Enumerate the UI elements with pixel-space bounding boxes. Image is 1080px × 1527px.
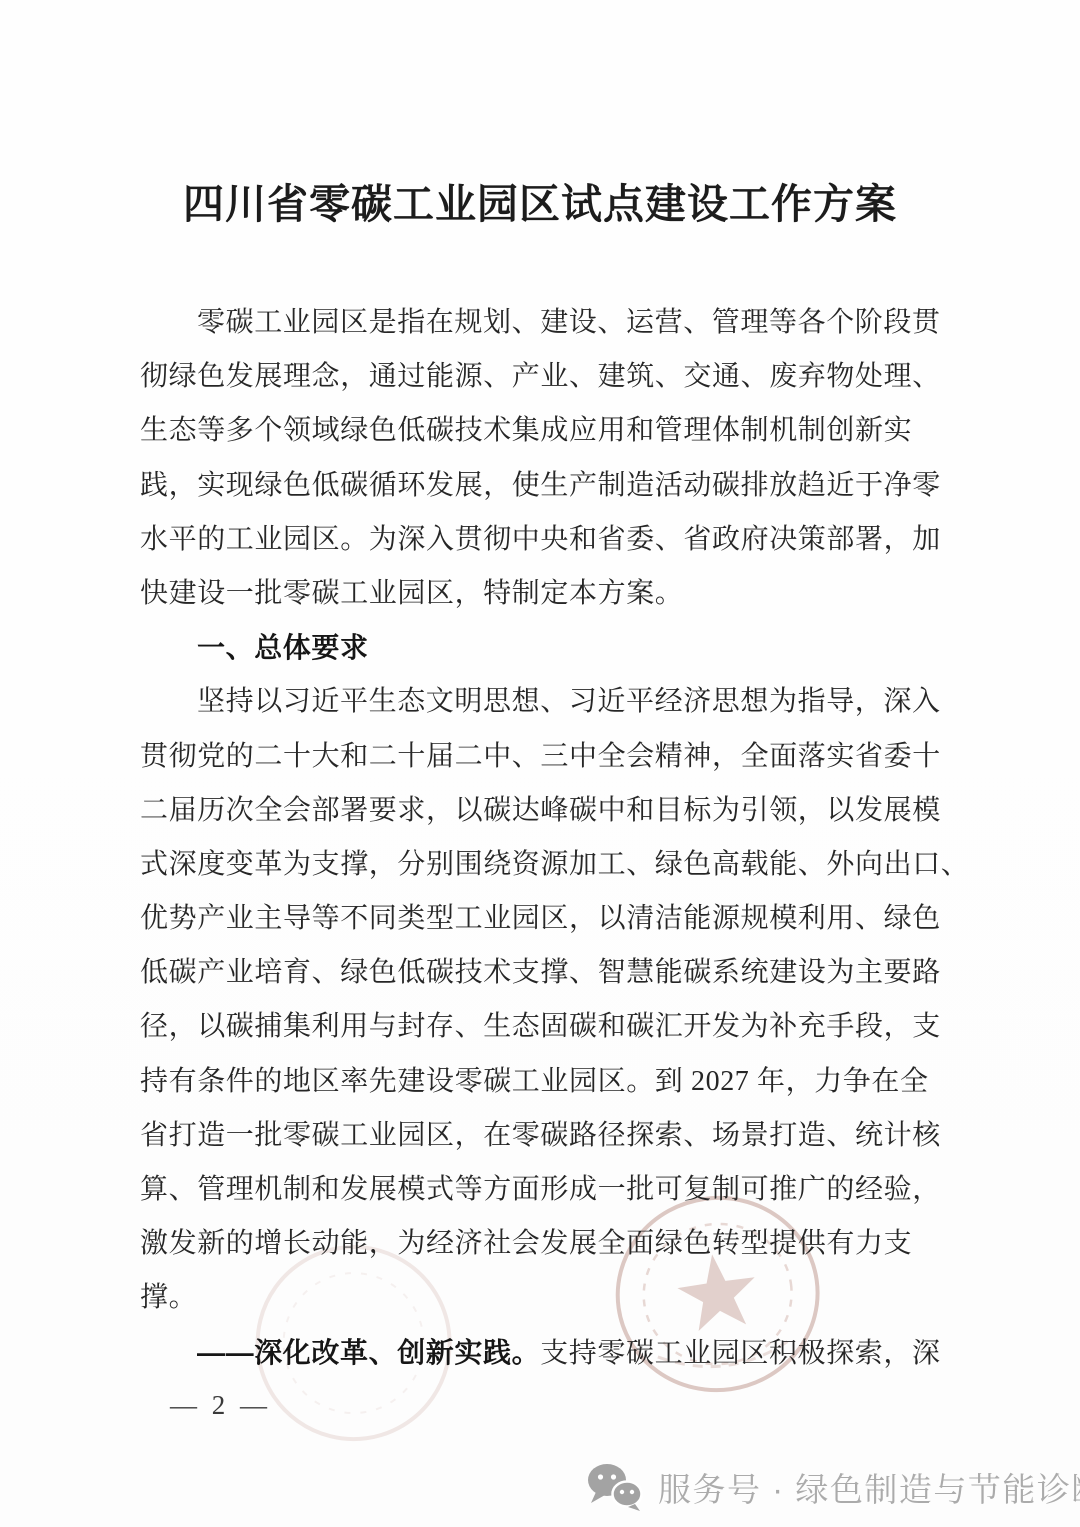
paragraph-line: 持有条件的地区率先建设零碳工业园区。到 2027 年，力争在全 xyxy=(140,1055,942,1109)
paragraph-line: 式深度变革为支撑，分别围绕资源加工、绿色高载能、外向出口、 xyxy=(140,838,942,892)
paragraph-line: 算、管理机制和发展模式等方面形成一批可复制可推广的经验， xyxy=(140,1163,942,1217)
paragraph-line: 径，以碳捕集利用与封存、生态固碳和碳汇开发为补充手段，支 xyxy=(140,1000,942,1054)
em-dash-body: 支持零碳工业园区积极探索，深 xyxy=(540,1338,940,1369)
page-number: — 2 — xyxy=(170,1390,271,1421)
document-page: 四川省零碳工业园区试点建设工作方案 零碳工业园区是指在规划、建设、运营、管理等各… xyxy=(0,0,1080,1527)
paragraph-line: 水平的工业园区。为深入贯彻中央和省委、省政府决策部署，加 xyxy=(140,513,942,567)
paragraph-line: 生态等多个领域绿色低碳技术集成应用和管理体制机制创新实 xyxy=(140,404,942,458)
paragraph-line: 省打造一批零碳工业园区，在零碳路径探索、场景打造、统计核 xyxy=(140,1109,942,1163)
footer-watermark: 服务号 · 绿色制造与节能诊断 xyxy=(586,1462,1080,1512)
wechat-icon xyxy=(586,1462,644,1512)
footer-label: 服务号 · 绿色制造与节能诊断 xyxy=(658,1464,1080,1511)
paragraph-line: 贯彻党的二十大和二十届二中、三中全会精神，全面落实省委十 xyxy=(140,730,942,784)
paragraph-line: 二届历次全会部署要求，以碳达峰碳中和目标为引领，以发展模 xyxy=(140,784,942,838)
document-body: 零碳工业园区是指在规划、建设、运营、管理等各个阶段贯 彻绿色发展理念，通过能源、… xyxy=(140,296,942,1380)
em-dash-lead: ——深化改革、创新实践。 xyxy=(197,1337,540,1368)
paragraph-line: 优势产业主导等不同类型工业园区，以清洁能源规模利用、绿色 xyxy=(140,892,942,946)
paragraph-line: 践，实现绿色低碳循环发展，使生产制造活动碳排放趋近于净零 xyxy=(140,459,942,513)
document-title: 四川省零碳工业园区试点建设工作方案 xyxy=(0,178,1080,230)
paragraph-line: 彻绿色发展理念，通过能源、产业、建筑、交通、废弃物处理、 xyxy=(140,350,942,404)
paragraph-line: 激发新的增长动能，为经济社会发展全面绿色转型提供有力支 xyxy=(140,1217,942,1271)
section-heading: 一、总体要求 xyxy=(140,621,942,675)
em-dash-paragraph: ——深化改革、创新实践。支持零碳工业园区积极探索，深 xyxy=(140,1326,942,1380)
paragraph-line: 撑。 xyxy=(140,1271,942,1325)
paragraph-line: 低碳产业培育、绿色低碳技术支撑、智慧能碳系统建设为主要路 xyxy=(140,946,942,1000)
paragraph-line: 零碳工业园区是指在规划、建设、运营、管理等各个阶段贯 xyxy=(140,296,942,350)
paragraph-line: 快建设一批零碳工业园区，特制定本方案。 xyxy=(140,567,942,621)
paragraph-line: 坚持以习近平生态文明思想、习近平经济思想为指导，深入 xyxy=(140,675,942,729)
